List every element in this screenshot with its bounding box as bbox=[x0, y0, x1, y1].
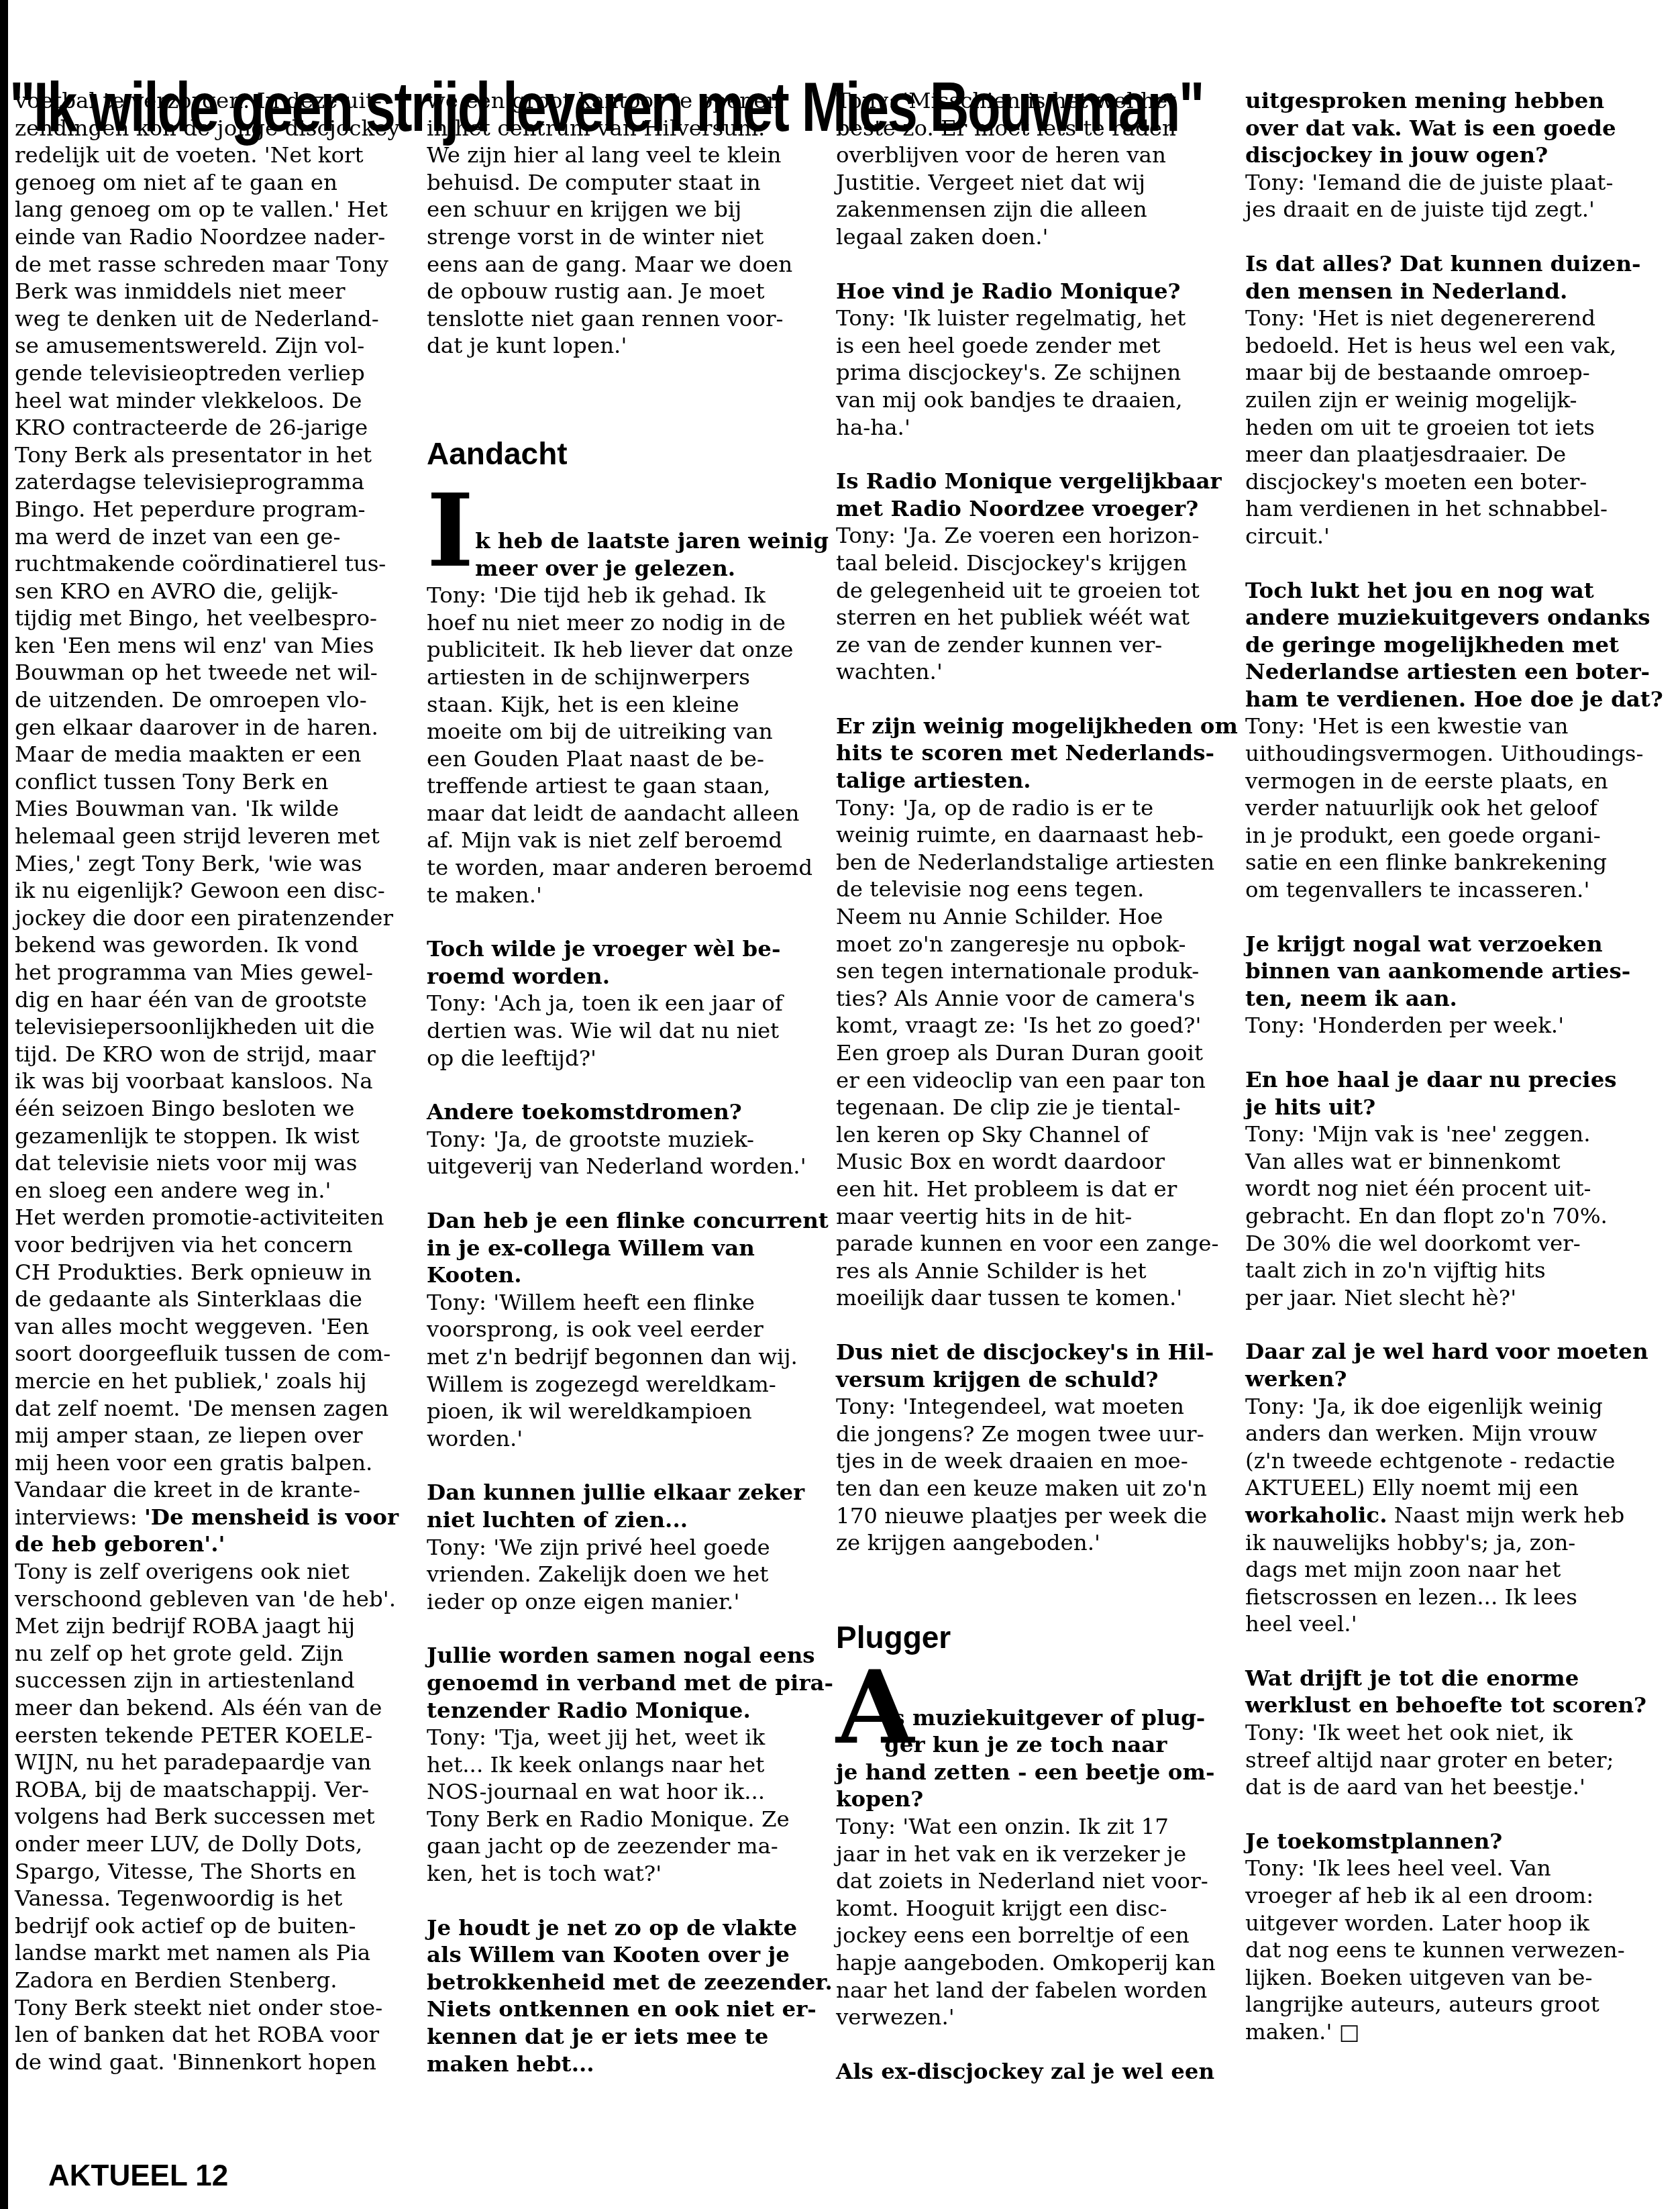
body-text-line: eersten tekende PETER KOELE- bbox=[15, 1722, 411, 1749]
body-text-line: WIJN, nu het paradepaardje van bbox=[15, 1749, 411, 1776]
interview-answer: voorsprong, is ook veel eerder bbox=[427, 1316, 829, 1343]
interview-answer: treffende artiest te gaan staan, bbox=[427, 772, 829, 800]
body-text-line: jockey die door een piratenzender bbox=[15, 905, 411, 932]
body-text-line: ken 'Een mens wil enz' van Mies bbox=[15, 632, 411, 660]
interview-answer: sterren en het publiek wéét wat bbox=[836, 604, 1239, 631]
interview-answer: met z'n bedrijf begonnen dan wij. bbox=[427, 1343, 829, 1371]
body-text-line: landse markt met namen als Pia bbox=[15, 1939, 411, 1967]
interview-answer: gebracht. En dan flopt zo'n 70%. bbox=[1245, 1202, 1661, 1230]
paragraph-gap bbox=[1245, 1039, 1661, 1066]
body-text-line: se amusementswereld. Zijn vol- bbox=[15, 332, 411, 360]
interview-answer: gaan jacht op de zeezender ma- bbox=[427, 1833, 829, 1860]
body-text-line: Bouwman op het tweede net wil- bbox=[15, 659, 411, 686]
interview-answer: heden om uit te groeien tot iets bbox=[1245, 414, 1661, 442]
interview-answer: jockey eens een borreltje of een bbox=[836, 1922, 1239, 1949]
body-text-line: Tony is zelf overigens ook niet bbox=[15, 1558, 411, 1586]
body-text-line: in het centrum van Hilversum. bbox=[427, 115, 829, 142]
interview-answer: Tony: 'Mijn vak is 'nee' zeggen. bbox=[1245, 1121, 1661, 1148]
body-text-line: Zadora en Berdien Stenberg. bbox=[15, 1967, 411, 1994]
paragraph-gap bbox=[836, 251, 1239, 278]
body-text-line: successen zijn in artiestenland bbox=[15, 1667, 411, 1694]
interview-answer: is een heel goede zender met bbox=[836, 332, 1239, 360]
interview-answer: dertien was. Wie wil dat nu niet bbox=[427, 1017, 829, 1045]
body-text-line: interviews: 'De mensheid is voor bbox=[15, 1504, 411, 1531]
interview-question: den mensen in Nederland. bbox=[1245, 278, 1661, 305]
body-text-line: nu zelf op het grote geld. Zijn bbox=[15, 1640, 411, 1667]
body-text-line: mij heen voor een gratis balpen. bbox=[15, 1449, 411, 1477]
paragraph-gap bbox=[427, 1180, 829, 1207]
interview-answer: Tony: 'Honderden per week.' bbox=[1245, 1012, 1661, 1039]
body-text-line: de wind gaat. 'Binnenkort hopen bbox=[15, 2049, 411, 2076]
interview-answer: sen tegen internationale produk- bbox=[836, 958, 1239, 985]
body-text-line: tijd. De KRO won de strijd, maar bbox=[15, 1041, 411, 1068]
interview-question: als Willem van Kooten over je bbox=[427, 1941, 829, 1969]
interview-answer: zakenmensen zijn die alleen bbox=[836, 196, 1239, 223]
body-text-line: Vandaar die kreet in de krante- bbox=[15, 1476, 411, 1504]
body-text-line: soort doorgeefluik tussen de com- bbox=[15, 1340, 411, 1368]
interview-question: ten, neem ik aan. bbox=[1245, 985, 1661, 1013]
interview-question: Dan heb je een flinke concurrent bbox=[427, 1207, 829, 1235]
interview-question: kopen? bbox=[836, 1786, 1239, 1813]
scan-left-border bbox=[0, 0, 8, 2209]
interview-answer: ken, het is toch wat?' bbox=[427, 1860, 829, 1888]
interview-question: En hoe haal je daar nu precies bbox=[1245, 1066, 1661, 1094]
interview-answer: Tony: 'Ja, ik doe eigenlijk weinig bbox=[1245, 1393, 1661, 1421]
interview-answer: pioen, ik wil wereldkampioen bbox=[427, 1398, 829, 1425]
interview-answer: vrienden. Zakelijk doen we het bbox=[427, 1561, 829, 1588]
paragraph-gap bbox=[427, 1888, 829, 1914]
interview-answer: moeilijk daar tussen te komen.' bbox=[836, 1284, 1239, 1312]
body-text-line: het programma van Mies gewel- bbox=[15, 959, 411, 986]
body-text-line: lang genoeg om op te vallen.' Het bbox=[15, 196, 411, 223]
body-text-line: Vanessa. Tegenwoordig is het bbox=[15, 1885, 411, 1912]
body-text-line: ruchtmakende coördinatierel tus- bbox=[15, 550, 411, 578]
interview-answer: uithoudingsvermogen. Uithoudings- bbox=[1245, 740, 1661, 768]
interview-question: met Radio Noordzee vroeger? bbox=[836, 495, 1239, 523]
interview-answer: tjes in de week draaien en moe- bbox=[836, 1447, 1239, 1475]
interview-answer: streef altijd naar groter en beter; bbox=[1245, 1747, 1661, 1774]
article-column-2: we een groot kantoor te openenin het cen… bbox=[427, 87, 829, 2077]
interview-question: roemd worden. bbox=[427, 963, 829, 990]
paragraph-gap bbox=[1245, 1638, 1661, 1665]
interview-answer: per jaar. Niet slecht hè?' bbox=[1245, 1284, 1661, 1312]
body-text-line: strenge vorst in de winter niet bbox=[427, 223, 829, 251]
body-text-line: KRO contracteerde de 26-jarige bbox=[15, 414, 411, 442]
interview-question: Wat drijft je tot die enorme bbox=[1245, 1665, 1661, 1692]
interview-answer: Tony: 'Ja, de grootste muziek- bbox=[427, 1126, 829, 1153]
interview-answer: naar het land der fabelen worden bbox=[836, 1977, 1239, 2004]
body-text-line: We zijn hier al lang veel te klein bbox=[427, 142, 829, 169]
interview-answer: artiesten in de schijnwerpers bbox=[427, 664, 829, 691]
interview-question: Je krijgt nogal wat verzoeken bbox=[1245, 931, 1661, 958]
interview-answer: Tony: 'Integendeel, wat moeten bbox=[836, 1393, 1239, 1421]
interview-answer: maar dat leidt de aandacht alleen bbox=[427, 800, 829, 827]
interview-answer: een Gouden Plaat naast de be- bbox=[427, 746, 829, 773]
interview-question: versum krijgen de schuld? bbox=[836, 1366, 1239, 1394]
interview-answer: komt. Hooguit krijgt een disc- bbox=[836, 1895, 1239, 1922]
paragraph-gap bbox=[836, 686, 1239, 713]
interview-answer: verder natuurlijk ook het geloof bbox=[1245, 794, 1661, 822]
body-text-line: gezamenlijk te stoppen. Ik wist bbox=[15, 1123, 411, 1150]
interview-answer: weinig ruimte, en daarnaast heb- bbox=[836, 821, 1239, 849]
interview-answer: Willem is zogezegd wereldkam- bbox=[427, 1371, 829, 1398]
interview-answer: tegenaan. De clip zie je tiental- bbox=[836, 1094, 1239, 1121]
body-text-line: dat zelf noemt. 'De mensen zagen bbox=[15, 1395, 411, 1423]
interview-question: maken hebt... bbox=[427, 2051, 829, 2078]
body-text-line: Het werden promotie-activiteiten bbox=[15, 1204, 411, 1231]
body-text-line: voetbal te verzorgen. In deze uit- bbox=[15, 87, 411, 115]
body-text-line: Tony Berk als presentator in het bbox=[15, 442, 411, 469]
body-text-line: ma werd de inzet van een ge- bbox=[15, 523, 411, 551]
body-text-line: gen elkaar daarover in de haren. bbox=[15, 714, 411, 741]
body-text-line: gende televisieoptreden verliep bbox=[15, 360, 411, 387]
interview-answer: Tony: 'Die tijd heb ik gehad. Ik bbox=[427, 582, 829, 609]
body-text-line: de gedaante als Sinterklaas die bbox=[15, 1286, 411, 1313]
interview-answer: er een videoclip van een paar ton bbox=[836, 1067, 1239, 1094]
interview-question: over dat vak. Wat is een goede bbox=[1245, 115, 1661, 142]
paragraph-gap bbox=[1245, 550, 1661, 577]
interview-answer: workaholic. Naast mijn werk heb bbox=[1245, 1502, 1661, 1529]
paragraph-gap bbox=[1245, 904, 1661, 931]
drop-cap-letter: A bbox=[836, 1657, 914, 1758]
bold-word: workaholic. bbox=[1245, 1502, 1387, 1528]
body-text-line: een schuur en krijgen we bij bbox=[427, 196, 829, 223]
interview-answer: worden.' bbox=[427, 1425, 829, 1453]
interview-answer: ben de Nederlandstalige artiesten bbox=[836, 849, 1239, 876]
interview-answer: dat is de aard van het beestje.' bbox=[1245, 1774, 1661, 1801]
interview-answer: de televisie nog eens tegen. bbox=[836, 876, 1239, 903]
interview-answer: om tegenvallers te incasseren.' bbox=[1245, 876, 1661, 904]
body-text-line: einde van Radio Noordzee nader- bbox=[15, 223, 411, 251]
interview-question: k heb de laatste jaren weinig bbox=[427, 527, 829, 555]
body-text-line: bekend was geworden. Ik vond bbox=[15, 931, 411, 959]
article-column-4: uitgesproken mening hebbenover dat vak. … bbox=[1245, 87, 1661, 2046]
interview-answer: ties? Als Annie voor de camera's bbox=[836, 985, 1239, 1013]
interview-answer: Tony Berk en Radio Monique. Ze bbox=[427, 1806, 829, 1833]
interview-answer: Tony: 'Ik lees heel veel. Van bbox=[1245, 1855, 1661, 1882]
interview-answer: fietscrossen en lezen... Ik lees bbox=[1245, 1584, 1661, 1611]
interview-answer: AKTUEEL) Elly noemt mij een bbox=[1245, 1474, 1661, 1502]
interview-answer: Tony: 'Wat een onzin. Ik zit 17 bbox=[836, 1813, 1239, 1841]
interview-answer: overblijven voor de heren van bbox=[836, 142, 1239, 169]
body-text-line: Tony Berk steekt niet onder stoe- bbox=[15, 1994, 411, 2022]
interview-question: Jullie worden samen nogal eens bbox=[427, 1642, 829, 1669]
interview-answer: uitgever worden. Later hoop ik bbox=[1245, 1910, 1661, 1937]
interview-answer: af. Mijn vak is niet zelf beroemd bbox=[427, 827, 829, 854]
body-text-line: Mies Bouwman van. 'Ik wilde bbox=[15, 795, 411, 823]
interview-answer: Een groep als Duran Duran gooit bbox=[836, 1039, 1239, 1067]
interview-answer: meer dan plaatjesdraaier. De bbox=[1245, 441, 1661, 468]
body-text-line: ik was bij voorbaat kansloos. Na bbox=[15, 1068, 411, 1095]
interview-answer: langrijke auteurs, auteurs groot bbox=[1245, 1991, 1661, 2018]
body-text-line: helemaal geen strijd leveren met bbox=[15, 823, 411, 850]
interview-answer: Tony: 'Ik weet het ook niet, ik bbox=[1245, 1719, 1661, 1747]
interview-question: Er zijn weinig mogelijkheden om bbox=[836, 713, 1239, 740]
interview-answer: wordt nog niet één procent uit- bbox=[1245, 1175, 1661, 1202]
interview-answer: het... Ik keek onlangs naar het bbox=[427, 1751, 829, 1779]
interview-answer: Tony: 'Ach ja, toen ik een jaar of bbox=[427, 990, 829, 1017]
body-text-line: ROBA, bij de maatschappij. Ver- bbox=[15, 1776, 411, 1804]
interview-answer: Van alles wat er binnenkomt bbox=[1245, 1148, 1661, 1176]
interview-answer: uitgeverij van Nederland worden.' bbox=[427, 1153, 829, 1180]
interview-answer: in je produkt, een goede organi- bbox=[1245, 822, 1661, 850]
interview-answer: komt, vraagt ze: 'Is het zo goed?' bbox=[836, 1012, 1239, 1039]
body-text-line: volgens had Berk successen met bbox=[15, 1803, 411, 1831]
paragraph-gap bbox=[427, 909, 829, 935]
interview-question: kennen dat je er iets mee te bbox=[427, 2023, 829, 2051]
drop-cap-intro-aandacht: Ik heb de laatste jaren weinigmeer over … bbox=[427, 480, 829, 582]
body-text-line: zaterdagse televisieprogramma bbox=[15, 468, 411, 496]
interview-answer: jes draait en de juiste tijd zegt.' bbox=[1245, 196, 1661, 223]
interview-answer: Tony: 'Tja, weet jij het, weet ik bbox=[427, 1724, 829, 1751]
interview-question: Toch wilde je vroeger wèl be- bbox=[427, 935, 829, 963]
body-text-line: onder meer LUV, de Dolly Dots, bbox=[15, 1831, 411, 1858]
body-text-line: zendingen kon de jonge discjockey bbox=[15, 115, 411, 142]
interview-answer: ha-ha.' bbox=[836, 414, 1239, 442]
interview-question: betrokkenheid met de zeezender. bbox=[427, 1969, 829, 1996]
body-text-line: we een groot kantoor te openen bbox=[427, 87, 829, 115]
interview-answer: een hit. Het probleem is dat er bbox=[836, 1176, 1239, 1203]
interview-answer: Neem nu Annie Schilder. Hoe bbox=[836, 903, 1239, 931]
interview-answer: te worden, maar anderen beroemd bbox=[427, 854, 829, 882]
interview-answer: ze krijgen aangeboden.' bbox=[836, 1529, 1239, 1557]
interview-answer: discjockey's moeten een boter- bbox=[1245, 468, 1661, 496]
interview-answer: parade kunnen en voor een zange- bbox=[836, 1230, 1239, 1257]
interview-answer: NOS-journaal en wat hoor ik... bbox=[427, 1778, 829, 1806]
body-text-line: van alles mocht weggeven. 'Een bbox=[15, 1313, 411, 1341]
interview-answer: 170 nieuwe plaatjes per week die bbox=[836, 1502, 1239, 1530]
body-text-line: CH Produkties. Berk opnieuw in bbox=[15, 1259, 411, 1286]
interview-answer: ieder op onze eigen manier.' bbox=[427, 1588, 829, 1616]
interview-answer: Music Box en wordt daardoor bbox=[836, 1148, 1239, 1176]
interview-question: werklust en behoefte tot scoren? bbox=[1245, 1692, 1661, 1719]
paragraph-gap bbox=[1245, 1801, 1661, 1828]
body-text-line: eens aan de gang. Maar we doen bbox=[427, 251, 829, 278]
interview-question: Nederlandse artiesten een boter- bbox=[1245, 658, 1661, 686]
interview-answer: verwezen.' bbox=[836, 2004, 1239, 2031]
interview-question: niet luchten of zien... bbox=[427, 1506, 829, 1534]
body-text-line: Met zijn bedrijf ROBA jaagt hij bbox=[15, 1612, 411, 1640]
body-text-line: de heb geboren'.' bbox=[15, 1531, 411, 1558]
interview-answer: dat nog eens te kunnen verwezen- bbox=[1245, 1937, 1661, 1964]
body-text-line: bedrijf ook actief op de buiten- bbox=[15, 1912, 411, 1940]
paragraph-gap bbox=[836, 2031, 1239, 2058]
body-text-line: genoeg om niet af te gaan en bbox=[15, 169, 411, 197]
paragraph-gap bbox=[1245, 223, 1661, 250]
interview-answer: jaar in het vak en ik verzeker je bbox=[836, 1841, 1239, 1868]
interview-answer: vermogen in de eerste plaats, en bbox=[1245, 768, 1661, 795]
interview-answer: die jongens? Ze mogen twee uur- bbox=[836, 1421, 1239, 1448]
body-text-line: Berk was inmiddels niet meer bbox=[15, 278, 411, 305]
interview-answer: ze van de zender kunnen ver- bbox=[836, 631, 1239, 659]
interview-question: Kooten. bbox=[427, 1262, 829, 1289]
body-text-line: tijdig met Bingo, het veelbespro- bbox=[15, 605, 411, 632]
interview-question: werken? bbox=[1245, 1366, 1661, 1393]
interview-question: Dus niet de discjockey's in Hil- bbox=[836, 1339, 1239, 1366]
interview-answer: Tony: 'Willem heeft een flinke bbox=[427, 1289, 829, 1317]
interview-question: genoemd in verband met de pira- bbox=[427, 1669, 829, 1697]
article-column-3: Tony: 'Misschien is het wel hetbeste zo.… bbox=[836, 87, 1239, 2085]
body-text-line: en sloeg een andere weg in.' bbox=[15, 1177, 411, 1204]
interview-answer: maar veertig hits in de hit- bbox=[836, 1203, 1239, 1231]
interview-question: talige artiesten. bbox=[836, 767, 1239, 794]
body-text-line: verschoond gebleven van 'de heb'. bbox=[15, 1586, 411, 1613]
interview-answer: dat zoiets in Nederland niet voor- bbox=[836, 1867, 1239, 1895]
interview-answer: maar bij de bestaande omroep- bbox=[1245, 359, 1661, 387]
page-footer-magazine-page: AKTUEEL 12 bbox=[48, 2159, 228, 2193]
interview-answer: heel veel.' bbox=[1245, 1610, 1661, 1638]
paragraph-gap bbox=[1245, 1311, 1661, 1338]
body-text-line: Mies,' zegt Tony Berk, 'wie was bbox=[15, 850, 411, 878]
drop-cap-letter: I bbox=[427, 480, 474, 581]
interview-question: ham te verdienen. Hoe doe je dat? bbox=[1245, 686, 1661, 713]
interview-answer: (z'n tweede echtgenote - redactie bbox=[1245, 1447, 1661, 1475]
body-text-line: de opbouw rustig aan. Je moet bbox=[427, 278, 829, 305]
interview-answer: publiciteit. Ik heb liever dat onze bbox=[427, 636, 829, 664]
body-text-line: mercie en het publiek,' zoals hij bbox=[15, 1368, 411, 1395]
paragraph-gap bbox=[836, 1312, 1239, 1339]
interview-question: Is dat alles? Dat kunnen duizen- bbox=[1245, 250, 1661, 278]
interview-question: meer over je gelezen. bbox=[427, 555, 829, 582]
paragraph-gap bbox=[836, 441, 1239, 468]
interview-answer: beste zo. Er moet iets te raden bbox=[836, 115, 1239, 142]
interview-answer: prima discjockey's. Ze schijnen bbox=[836, 359, 1239, 387]
paragraph-gap bbox=[427, 1452, 829, 1479]
interview-answer: ham verdienen in het schnabbel- bbox=[1245, 495, 1661, 523]
interview-question: in je ex-collega Willem van bbox=[427, 1235, 829, 1262]
interview-question: Toch lukt het jou en nog wat bbox=[1245, 577, 1661, 605]
interview-question: Andere toekomstdromen? bbox=[427, 1098, 829, 1126]
body-text-line: weg te denken uit de Nederland- bbox=[15, 305, 411, 333]
bold-quote: 'De mensheid is voor bbox=[144, 1504, 399, 1530]
interview-answer: hoef nu niet meer zo nodig in de bbox=[427, 609, 829, 637]
interview-answer: ten dan een keuze maken uit zo'n bbox=[836, 1475, 1239, 1502]
interview-answer: taal beleid. Discjockey's krijgen bbox=[836, 550, 1239, 577]
interview-question: de geringe mogelijkheden met bbox=[1245, 631, 1661, 659]
article-column-1: voetbal te verzorgen. In deze uit-zendin… bbox=[15, 87, 411, 2075]
body-text-line: ik nu eigenlijk? Gewoon een disc- bbox=[15, 877, 411, 905]
body-text-line: de uitzenden. De omroepen vlo- bbox=[15, 686, 411, 714]
body-text-line: Bingo. Het peperdure program- bbox=[15, 496, 411, 523]
interview-question: Als ex-discjockey zal je wel een bbox=[836, 2058, 1239, 2086]
interview-question: Is Radio Monique vergelijkbaar bbox=[836, 468, 1239, 495]
interview-answer: staan. Kijk, het is een kleine bbox=[427, 691, 829, 719]
interview-answer: van mij ook bandjes te draaien, bbox=[836, 387, 1239, 414]
body-text-line: behuisd. De computer staat in bbox=[427, 169, 829, 197]
interview-answer: res als Annie Schilder is het bbox=[836, 1257, 1239, 1285]
body-text-line: meer dan bekend. Als één van de bbox=[15, 1694, 411, 1722]
interview-question: hits te scoren met Nederlands- bbox=[836, 739, 1239, 767]
body-text-line: len of banken dat het ROBA voor bbox=[15, 2021, 411, 2049]
interview-answer: dags met mijn zoon naar het bbox=[1245, 1556, 1661, 1584]
interview-answer: wachten.' bbox=[836, 658, 1239, 686]
interview-question: discjockey in jouw ogen? bbox=[1245, 142, 1661, 169]
interview-answer: Tony: 'Het is een kwestie van bbox=[1245, 713, 1661, 740]
paragraph-gap bbox=[427, 1072, 829, 1098]
interview-answer: len keren op Sky Channel of bbox=[836, 1121, 1239, 1149]
interview-question: Daar zal je wel hard voor moeten bbox=[1245, 1338, 1661, 1366]
body-text-line: sen KRO en AVRO die, gelijk- bbox=[15, 578, 411, 605]
interview-answer: zuilen zijn er weinig mogelijk- bbox=[1245, 387, 1661, 414]
interview-answer: legaal zaken doen.' bbox=[836, 223, 1239, 251]
body-text-line: de met rasse schreden maar Tony bbox=[15, 251, 411, 278]
interview-answer: Tony: 'Misschien is het wel het bbox=[836, 87, 1239, 115]
body-text-line: televisiepersoonlijkheden uit die bbox=[15, 1013, 411, 1041]
body-text-line: heel wat minder vlekkeloos. De bbox=[15, 387, 411, 415]
body-text-line: tenslotte niet gaan rennen voor- bbox=[427, 305, 829, 333]
interview-answer: Tony: 'Het is niet degenererend bbox=[1245, 305, 1661, 332]
interview-answer: circuit.' bbox=[1245, 523, 1661, 550]
interview-question: Je houdt je net zo op de vlakte bbox=[427, 1914, 829, 1942]
interview-question: uitgesproken mening hebben bbox=[1245, 87, 1661, 115]
body-text-line: dig en haar één van de grootste bbox=[15, 986, 411, 1014]
body-text-line: mij amper staan, ze liepen over bbox=[15, 1422, 411, 1449]
interview-question: Hoe vind je Radio Monique? bbox=[836, 278, 1239, 305]
interview-question: andere muziekuitgevers ondanks bbox=[1245, 604, 1661, 631]
interview-answer: bedoeld. Het is heus wel een vak, bbox=[1245, 332, 1661, 360]
interview-answer: De 30% die wel doorkomt ver- bbox=[1245, 1230, 1661, 1257]
body-text-line: redelijk uit de voeten. 'Net kort bbox=[15, 142, 411, 169]
interview-answer: Tony: 'Iemand die de juiste plaat- bbox=[1245, 169, 1661, 197]
interview-answer: ik nauwelijks hobby's; ja, zon- bbox=[1245, 1529, 1661, 1557]
interview-answer: Tony: 'Ja. Ze voeren een horizon- bbox=[836, 522, 1239, 550]
interview-answer: te maken.' bbox=[427, 882, 829, 909]
interview-answer: op die leeftijd?' bbox=[427, 1045, 829, 1072]
section-subheading: Aandacht bbox=[427, 433, 829, 474]
interview-question: tenzender Radio Monique. bbox=[427, 1697, 829, 1725]
body-text-line: dat televisie niets voor mij was bbox=[15, 1149, 411, 1177]
interview-answer: Tony: 'Ja, op de radio is er te bbox=[836, 794, 1239, 822]
interview-answer: hapje aangeboden. Omkoperij kan bbox=[836, 1949, 1239, 1977]
body-text-line: voor bedrijven via het concern bbox=[15, 1231, 411, 1259]
interview-question: Dan kunnen jullie elkaar zeker bbox=[427, 1479, 829, 1506]
interview-question: Je toekomstplannen? bbox=[1245, 1828, 1661, 1855]
interview-answer: Tony: 'Ik luister regelmatig, het bbox=[836, 305, 1239, 332]
interview-answer: Tony: 'We zijn privé heel goede bbox=[427, 1534, 829, 1561]
interview-answer: de gelegenheid uit te groeien tot bbox=[836, 577, 1239, 605]
drop-cap-intro-plugger: Als muziekuitgever of plug-ger kun je ze… bbox=[836, 1657, 1239, 1813]
interview-answer: anders dan werken. Mijn vrouw bbox=[1245, 1420, 1661, 1447]
interview-answer: Justitie. Vergeet niet dat wij bbox=[836, 169, 1239, 197]
paragraph-gap bbox=[427, 1615, 829, 1642]
interview-answer: lijken. Boeken uitgeven van be- bbox=[1245, 1964, 1661, 1992]
interview-question: Niets ontkennen en ook niet er- bbox=[427, 1996, 829, 2023]
body-text-line: dat je kunt lopen.' bbox=[427, 332, 829, 360]
body-text-line: conflict tussen Tony Berk en bbox=[15, 768, 411, 796]
body-text-line: Maar de media maakten er een bbox=[15, 741, 411, 768]
interview-answer: satie en een flinke bankrekening bbox=[1245, 849, 1661, 876]
interview-answer: moeite om bij de uitreiking van bbox=[427, 718, 829, 746]
interview-question: binnen van aankomende arties- bbox=[1245, 958, 1661, 985]
interview-answer: moet zo'n zangeresje nu opbok- bbox=[836, 931, 1239, 958]
interview-question: je hits uit? bbox=[1245, 1094, 1661, 1121]
interview-answer: taalt zich in zo'n vijftig hits bbox=[1245, 1257, 1661, 1284]
body-text-line: Spargo, Vitesse, The Shorts en bbox=[15, 1858, 411, 1886]
interview-answer: maken.' □ bbox=[1245, 2018, 1661, 2046]
interview-answer: vroeger af heb ik al een droom: bbox=[1245, 1882, 1661, 1910]
body-text-line: één seizoen Bingo besloten we bbox=[15, 1095, 411, 1123]
